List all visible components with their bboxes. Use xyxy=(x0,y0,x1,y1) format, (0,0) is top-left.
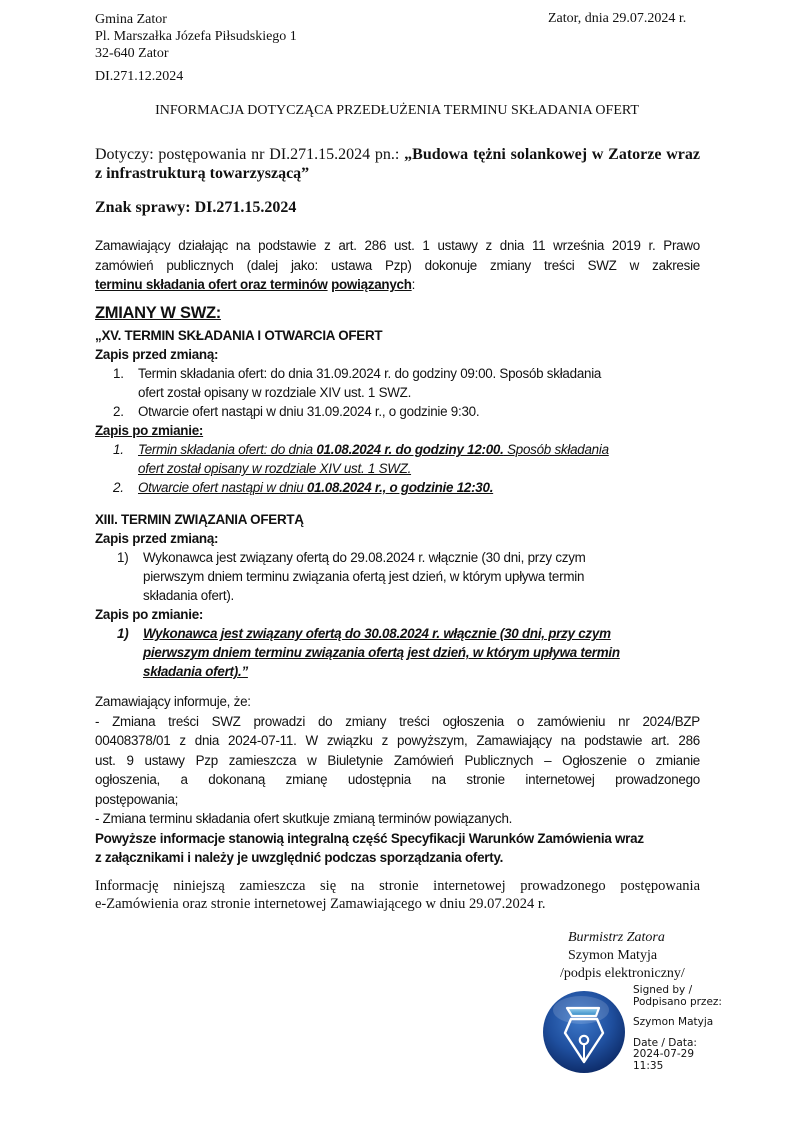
list-text: Otwarcie ofert nastąpi w dniu 31.09.2024… xyxy=(138,402,715,421)
xiii-after-item: 1) Wykonawca jest związany ofertą do 30.… xyxy=(95,624,715,681)
sender-postal: 32-640 Zator xyxy=(95,45,297,62)
section-xiii-heading: XIII. TERMIN ZWIĄZANIA OFERTĄ xyxy=(95,510,715,529)
sender-org: Gmina Zator xyxy=(95,11,297,28)
list-number: 2. xyxy=(113,402,124,421)
sender-address: Gmina Zator Pl. Marszałka Józefa Piłsuds… xyxy=(95,11,297,62)
list-text: Termin składania ofert: do dnia 01.08.20… xyxy=(138,440,715,459)
list-text-cont: ofert został opisany w rozdziale XIV ust… xyxy=(138,459,715,478)
signed-by-label: Signed by / xyxy=(633,985,722,997)
list-number: 1. xyxy=(113,364,124,383)
intro-paragraph: Zamawiający działając na podstawie z art… xyxy=(95,236,700,295)
section-xiii: XIII. TERMIN ZWIĄZANIA OFERTĄ Zapis prze… xyxy=(95,510,715,681)
list-text: Wykonawca jest związany ofertą do 30.08.… xyxy=(143,624,715,643)
signatory-name: Szymon Matyja xyxy=(560,947,685,965)
changes-heading: ZMIANY W SWZ: xyxy=(95,304,221,323)
list-text-cont: składania ofert). xyxy=(143,586,715,605)
list-number: 1) xyxy=(117,548,128,567)
info-binding-note: Powyższe informacje stanowią integralną … xyxy=(95,829,700,849)
text-part: Otwarcie ofert nastąpi w dniu xyxy=(138,480,307,495)
list-text-cont: składania ofert).” xyxy=(143,662,715,681)
xv-before-label: Zapis przed zmianą: xyxy=(95,345,715,364)
info-block: Zamawiający informuje, że: - Zmiana treś… xyxy=(95,692,700,868)
text-part: Termin składania ofert: do dnia xyxy=(138,442,316,457)
list-number: 2. xyxy=(113,478,124,497)
xiii-after-label: Zapis po zmianie: xyxy=(95,605,715,624)
list-text: Wykonawca jest związany ofertą do 29.08.… xyxy=(143,548,715,567)
xv-after-item-2: 2. Otwarcie ofert nastąpi w dniu 01.08.2… xyxy=(95,478,715,497)
info-line: ust. 9 ustawy Pzp zamieszcza w Biuletyni… xyxy=(95,751,700,771)
procurement-name: „Budowa tężni solankowej w Zatorze wraz xyxy=(404,146,700,163)
document-date: Zator, dnia 29.07.2024 r. xyxy=(548,11,686,27)
info-line: ogłoszenia, a dokonaną zmianę udostępnia… xyxy=(95,770,700,790)
list-number: 1. xyxy=(113,440,124,459)
intro-line-1: Zamawiający działając na podstawie z art… xyxy=(95,236,700,256)
signing-date: 2024-07-29 xyxy=(633,1049,722,1061)
text-part: Sposób składania xyxy=(504,442,609,457)
info-line: 00408378/01 z dnia 2024-07-11. W związku… xyxy=(95,731,700,751)
xv-before-item-2: 2. Otwarcie ofert nastąpi w dniu 31.09.2… xyxy=(95,402,715,421)
subject-prefix: Dotyczy: postępowania nr DI.271.15.2024 … xyxy=(95,146,404,163)
signed-by-label-pl: Podpisano przez: xyxy=(633,997,722,1009)
intro-line-3: terminu składania ofert oraz terminów po… xyxy=(95,275,700,295)
info-binding-note-cont: z załącznikami i należy je uwzględnić po… xyxy=(95,848,700,868)
publication-note: Informację niniejszą zamieszcza się na s… xyxy=(95,877,700,913)
xv-after-item-1: 1. Termin składania ofert: do dnia 01.08… xyxy=(95,440,715,478)
xiii-before-label: Zapis przed zmianą: xyxy=(95,529,715,548)
document-reference: DI.271.12.2024 xyxy=(95,69,183,85)
intro-emphasis-2: powiązanych xyxy=(331,277,412,292)
publication-line-2: e-Zamówienia oraz stronie internetowej Z… xyxy=(95,895,700,913)
signing-time: 11:35 xyxy=(633,1061,722,1073)
sender-street: Pl. Marszałka Józefa Piłsudskiego 1 xyxy=(95,28,297,45)
list-text: Otwarcie ofert nastąpi w dniu 01.08.2024… xyxy=(138,478,715,497)
list-text-cont: pierwszym dniem terminu związania ofertą… xyxy=(143,643,715,662)
document-title: INFORMACJA DOTYCZĄCA PRZEDŁUŻENIA TERMIN… xyxy=(0,103,794,119)
section-xv-heading: „XV. TERMIN SKŁADANIA I OTWARCIA OFERT xyxy=(95,326,715,345)
intro-colon: : xyxy=(412,277,415,292)
subject-block: Dotyczy: postępowania nr DI.271.15.2024 … xyxy=(95,145,700,183)
xv-after-label: Zapis po zmianie: xyxy=(95,421,715,440)
signature-block: Burmistrz Zatora Szymon Matyja /podpis e… xyxy=(560,929,685,983)
publication-line-1: Informację niniejszą zamieszcza się na s… xyxy=(95,877,700,895)
new-deadline: 01.08.2024 r. do godziny 12:00. xyxy=(316,442,503,457)
subject-line-1: Dotyczy: postępowania nr DI.271.15.2024 … xyxy=(95,145,700,164)
list-text: Termin składania ofert: do dnia 31.09.20… xyxy=(138,364,715,383)
procurement-name-cont: z infrastrukturą towarzyszącą” xyxy=(95,164,700,183)
case-number: Znak sprawy: DI.271.15.2024 xyxy=(95,199,296,217)
list-text-cont: pierwszym dniem terminu związania ofertą… xyxy=(143,567,715,586)
fountain-pen-nib-icon xyxy=(541,988,627,1074)
signature-note: /podpis elektroniczny/ xyxy=(560,965,685,983)
signer-name: Szymon Matyja xyxy=(633,1017,722,1029)
xiii-before-item: 1) Wykonawca jest związany ofertą do 29.… xyxy=(95,548,715,605)
list-number: 1) xyxy=(117,624,128,643)
info-deadline-note: - Zmiana terminu składania ofert skutkuj… xyxy=(95,809,700,829)
section-xv: „XV. TERMIN SKŁADANIA I OTWARCIA OFERT Z… xyxy=(95,326,715,497)
signatory-role: Burmistrz Zatora xyxy=(560,929,685,947)
new-opening-date: 01.08.2024 r., o godzinie 12:30. xyxy=(307,480,493,495)
info-intro: Zamawiający informuje, że: xyxy=(95,692,700,712)
intro-line-2: zamówień publicznych (dalej jako: ustawa… xyxy=(95,256,700,276)
signature-stamp-text: Signed by / Podpisano przez: Szymon Maty… xyxy=(633,985,722,1072)
list-text-cont: ofert został opisany w rozdziale XIV ust… xyxy=(138,383,715,402)
intro-emphasis-1: terminu składania ofert oraz terminów xyxy=(95,277,328,292)
xv-before-item-1: 1. Termin składania ofert: do dnia 31.09… xyxy=(95,364,715,402)
info-line: postępowania; xyxy=(95,790,700,810)
info-line: - Zmiana treści SWZ prowadzi do zmiany t… xyxy=(95,712,700,732)
